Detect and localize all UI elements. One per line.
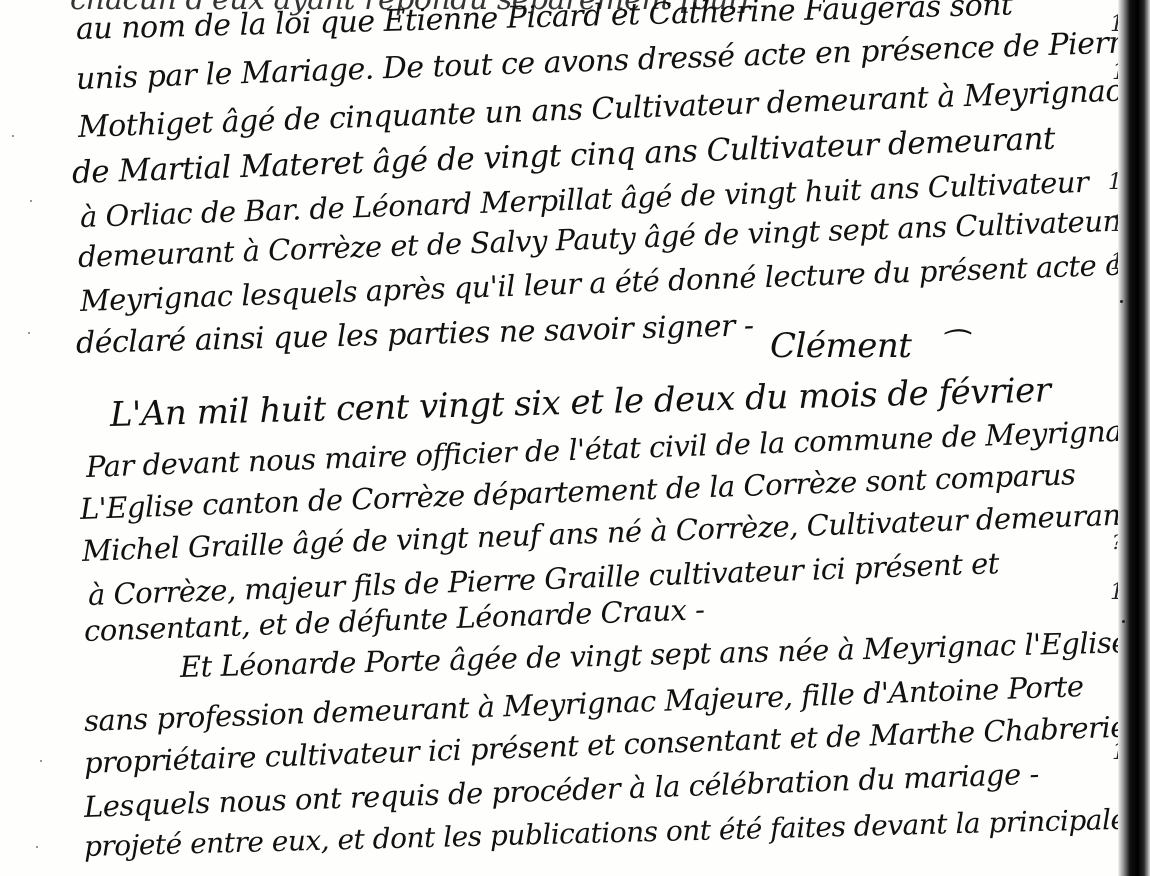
scan-speck [28,332,30,334]
scan-speck [40,760,42,762]
scan-speck [36,846,38,848]
edge-speck [1122,620,1125,623]
register-page: chacun d'eux ayant répondu séparément [o… [0,0,1118,876]
text-line: déclaré ainsi que les parties ne savoir … [76,308,754,361]
binding-edge [1118,0,1150,876]
scan-speck [12,135,14,137]
signature-flourish: ⁀ [940,330,964,365]
scan-speck [30,200,32,202]
signature: Clément [770,326,911,366]
edge-speck [1120,300,1123,303]
